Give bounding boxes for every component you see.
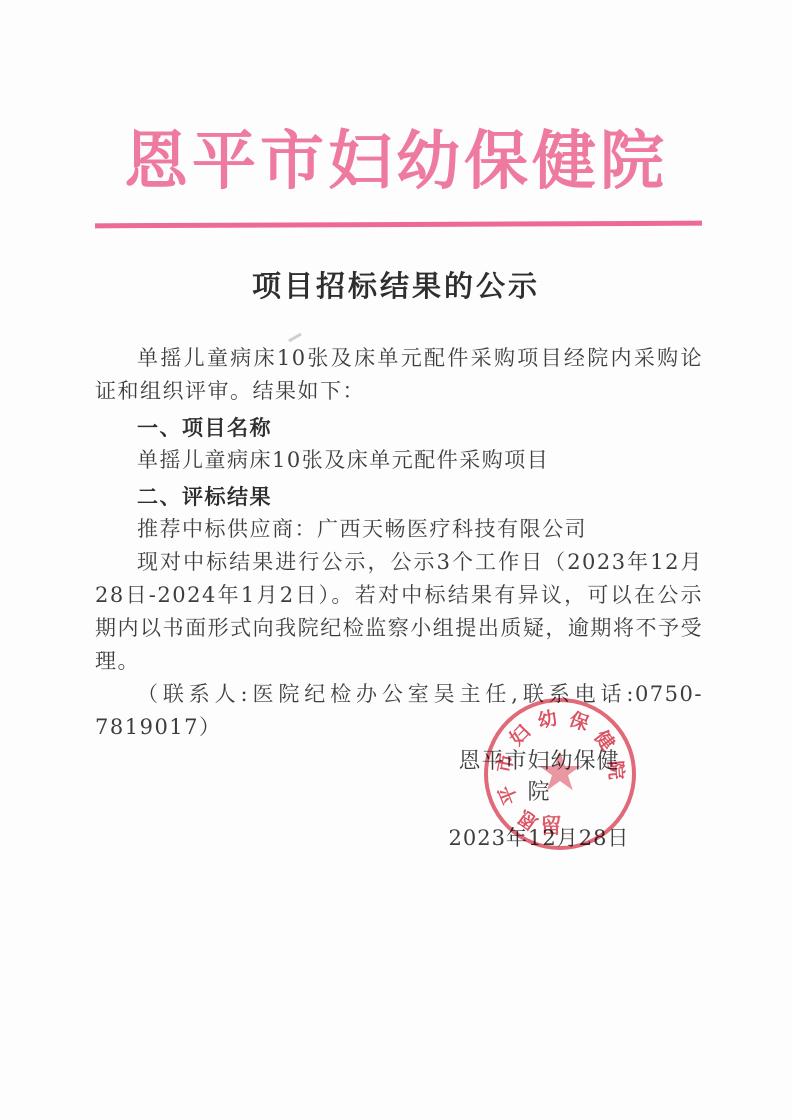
section-content-evaluation-result: 推荐中标供应商：广西天畅医疗科技有限公司 (95, 513, 703, 546)
document-body: 单摇儿童病床10张及床单元配件采购项目经院内采购论证和组织评审。结果如下： 一、… (95, 342, 703, 744)
contact-line: （联系人:医院纪检办公室吴主任,联系电话:0750-7819017） (95, 678, 703, 744)
document-title: 项目招标结果的公示 (0, 264, 792, 305)
intro-paragraph: 单摇儿童病床10张及床单元配件采购项目经院内采购论证和组织评审。结果如下： (95, 342, 703, 408)
notice-paragraph: 现对中标结果进行公示，公示3个工作日（2023年12月28日-2024年1月2日… (95, 546, 703, 678)
signature-org-name: 恩平市妇幼保健院 (448, 744, 630, 806)
section-heading-evaluation-result: 二、评标结果 (95, 480, 703, 513)
section-heading-project-name: 一、项目名称 (95, 411, 703, 444)
signature-date: 2023年12月28日 (448, 822, 630, 852)
scan-artifact (288, 333, 302, 343)
scanned-document-page: 恩平市妇幼保健院 项目招标结果的公示 单摇儿童病床10张及床单元配件采购项目经院… (0, 0, 792, 1120)
section-content-project-name: 单摇儿童病床10张及床单元配件采购项目 (95, 444, 703, 477)
letterhead-hospital-name: 恩平市妇幼保健院 (0, 112, 792, 212)
signature-block: 恩平市妇幼保健院 2023年12月28日 (448, 744, 630, 852)
letterhead-divider (95, 221, 702, 229)
